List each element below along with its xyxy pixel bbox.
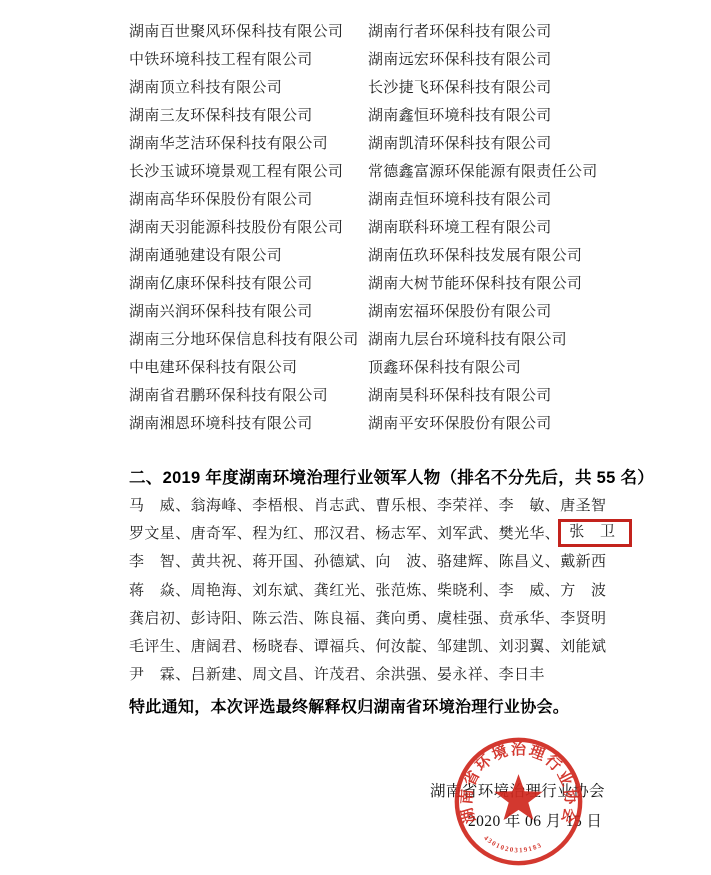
company-name: 湖南垚恒环境科技有限公司 (368, 186, 659, 214)
name-line: 龚启初、彭诗阳、陈云浩、陈良福、龚向勇、虞桂强、贲承华、李贤明 (129, 605, 659, 633)
highlight-box: 张 卫 (558, 519, 632, 547)
company-row: 湖南高华环保股份有限公司湖南垚恒环境科技有限公司 (129, 186, 659, 214)
svg-text:4301020319183: 4301020319183 (482, 835, 543, 855)
notice-text: 特此通知，本次评选最终解释权归湖南省环境治理行业协会。 (129, 694, 659, 717)
company-name: 湖南高华环保股份有限公司 (129, 186, 368, 214)
company-row: 湖南兴润环保科技有限公司湖南宏福环保股份有限公司 (129, 298, 659, 326)
company-name: 湖南三分地环保信息科技有限公司 (129, 326, 368, 354)
name-line: 蒋 焱、周艳海、刘东斌、龚红光、张范炼、柴晓利、李 威、方 波 (129, 577, 659, 605)
company-name: 长沙玉诚环境景观工程有限公司 (129, 158, 368, 186)
company-name: 湖南亿康环保科技有限公司 (129, 270, 368, 298)
company-name: 湖南远宏环保科技有限公司 (368, 46, 659, 74)
company-name: 中电建环保科技有限公司 (129, 354, 368, 382)
name-line: 罗文星、唐奇军、程为红、邢汉君、杨志军、刘军武、樊光华、张 卫 (129, 520, 659, 548)
company-row: 湖南天羽能源科技股份有限公司湖南联科环境工程有限公司 (129, 214, 659, 242)
company-list: 湖南百世聚风环保科技有限公司湖南行者环保科技有限公司 中铁环境科技工程有限公司湖… (129, 18, 659, 438)
company-row: 中铁环境科技工程有限公司湖南远宏环保科技有限公司 (129, 46, 659, 74)
seal-serial-number: 4301020319183 (482, 835, 543, 855)
company-name: 湖南顶立科技有限公司 (129, 74, 368, 102)
company-name: 常德鑫富源环保能源有限责任公司 (368, 158, 659, 186)
company-row: 湖南湘恩环境科技有限公司湖南平安环保股份有限公司 (129, 410, 659, 438)
company-row: 湖南省君鹏环保科技有限公司湖南昊科环保科技有限公司 (129, 382, 659, 410)
company-name: 长沙捷飞环保科技有限公司 (368, 74, 659, 102)
company-name: 湖南通驰建设有限公司 (129, 242, 368, 270)
company-row: 中电建环保科技有限公司顶鑫环保科技有限公司 (129, 354, 659, 382)
leader-name-list: 马 威、翁海峰、李梧根、肖志武、曹乐根、李荣祥、李 敏、唐圣智 罗文星、唐奇军、… (129, 492, 659, 689)
section-heading: 二、2019 年度湖南环境治理行业领军人物（排名不分先后，共 55 名） (129, 464, 649, 488)
company-row: 湖南亿康环保科技有限公司湖南大树节能环保科技有限公司 (129, 270, 659, 298)
company-name: 湖南天羽能源科技股份有限公司 (129, 214, 368, 242)
company-name: 湖南华芝洁环保科技有限公司 (129, 130, 368, 158)
document-page: 湖南百世聚风环保科技有限公司湖南行者环保科技有限公司 中铁环境科技工程有限公司湖… (0, 0, 711, 875)
company-row: 湖南通驰建设有限公司湖南伍玖环保科技发展有限公司 (129, 242, 659, 270)
company-name: 湖南九层台环境科技有限公司 (368, 326, 659, 354)
official-seal: 湖南省环境治理行业协会 4301020319183 (450, 733, 587, 870)
company-name: 顶鑫环保科技有限公司 (368, 354, 659, 382)
company-name: 湖南平安环保股份有限公司 (368, 410, 659, 438)
company-name: 湖南昊科环保科技有限公司 (368, 382, 659, 410)
company-name: 湖南三友环保科技有限公司 (129, 102, 368, 130)
name-line: 李 智、黄共祝、蒋开国、孙德斌、向 波、骆建辉、陈昌义、戴新西 (129, 548, 659, 576)
name-line: 毛评生、唐阔君、杨晓春、谭福兵、何汝靛、邹建凯、刘羽翼、刘能斌 (129, 633, 659, 661)
company-name: 湖南凯清环保科技有限公司 (368, 130, 659, 158)
company-name: 湖南行者环保科技有限公司 (368, 18, 659, 46)
highlighted-name: 张 卫 (569, 524, 615, 540)
company-name: 湖南鑫恒环境科技有限公司 (368, 102, 659, 130)
company-row: 湖南顶立科技有限公司长沙捷飞环保科技有限公司 (129, 74, 659, 102)
company-name: 湖南省君鹏环保科技有限公司 (129, 382, 368, 410)
company-name: 湖南伍玖环保科技发展有限公司 (368, 242, 659, 270)
company-name: 湖南宏福环保股份有限公司 (368, 298, 659, 326)
company-row: 湖南三分地环保信息科技有限公司湖南九层台环境科技有限公司 (129, 326, 659, 354)
company-name: 湖南大树节能环保科技有限公司 (368, 270, 659, 298)
company-row: 长沙玉诚环境景观工程有限公司常德鑫富源环保能源有限责任公司 (129, 158, 659, 186)
name-line: 马 威、翁海峰、李梧根、肖志武、曹乐根、李荣祥、李 敏、唐圣智 (129, 492, 659, 520)
company-row: 湖南三友环保科技有限公司湖南鑫恒环境科技有限公司 (129, 102, 659, 130)
company-name: 湖南联科环境工程有限公司 (368, 214, 659, 242)
company-name: 湖南湘恩环境科技有限公司 (129, 410, 368, 438)
company-name: 湖南百世聚风环保科技有限公司 (129, 18, 368, 46)
star-icon (494, 774, 542, 820)
name-line-text: 罗文星、唐奇军、程为红、邢汉君、杨志军、刘军武、樊光华、 (129, 526, 560, 542)
company-row: 湖南百世聚风环保科技有限公司湖南行者环保科技有限公司 (129, 18, 659, 46)
company-row: 湖南华芝洁环保科技有限公司湖南凯清环保科技有限公司 (129, 130, 659, 158)
name-line: 尹 霖、吕新建、周文昌、许茂君、余洪强、晏永祥、李日丰 (129, 661, 659, 689)
company-name: 中铁环境科技工程有限公司 (129, 46, 368, 74)
company-name: 湖南兴润环保科技有限公司 (129, 298, 368, 326)
